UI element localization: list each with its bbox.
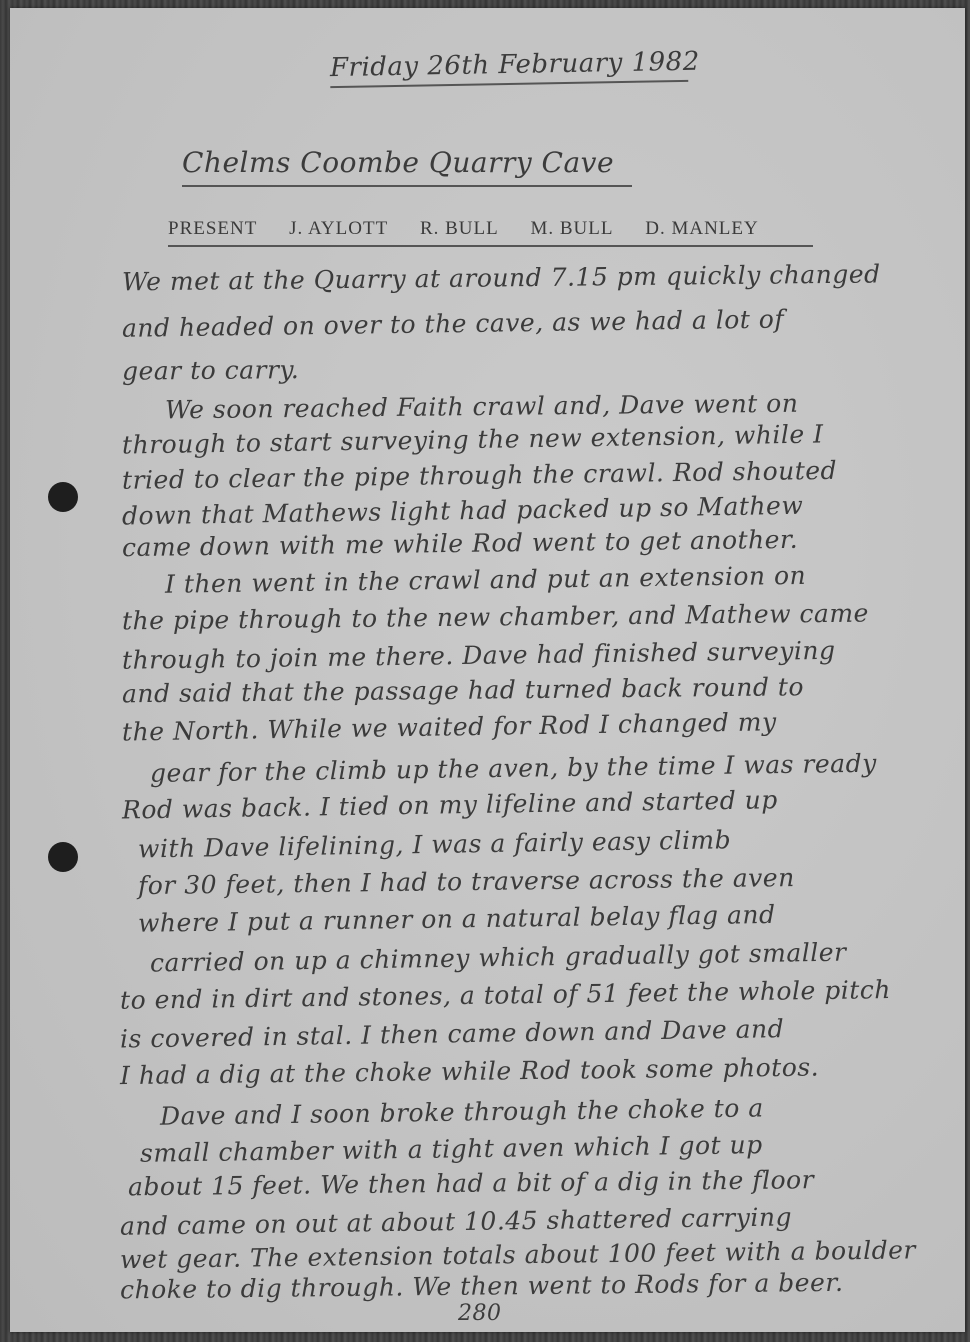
entry-line: gear for the climb up the aven, by the t…	[150, 747, 970, 788]
entry-line: Dave and I soon broke through the choke …	[160, 1090, 970, 1131]
entry-line: carried on up a chimney which gradually …	[150, 935, 970, 977]
entry-line: I then went in the crawl and put an exte…	[165, 558, 970, 599]
entry-line: the North. While we waited for Rod I cha…	[122, 704, 952, 746]
entry-line: through to join me there. Dave had finis…	[122, 634, 952, 675]
entry-line: and said that the passage had turned bac…	[122, 671, 952, 709]
entry-line: I had a dig at the choke while Rod took …	[120, 1051, 950, 1090]
entry-date: Friday 26th February 1982	[330, 47, 689, 88]
entry-line: about 15 feet. We then had a bit of a di…	[128, 1164, 958, 1202]
entry-line: and came on out at about 10.45 shattered…	[120, 1200, 950, 1241]
present-label: Present	[168, 218, 257, 239]
entry-line: for 30 feet, then I had to traverse acro…	[138, 861, 968, 900]
entry-line: gear to carry.	[122, 349, 952, 385]
attendee: D. Manley	[645, 218, 759, 239]
entry-line: small chamber with a tight aven which I …	[140, 1127, 970, 1168]
punch-hole-bottom	[48, 842, 78, 872]
entry-line: Rod was back. I tied on my lifeline and …	[122, 782, 952, 824]
entry-line: where I put a runner on a natural belay …	[138, 897, 968, 938]
entry-line: We met at the Quarry at around 7.15 pm q…	[122, 259, 952, 297]
entry-title: Chelms Coombe Quarry Cave	[182, 146, 632, 187]
entry-line: to end in dirt and stones, a total of 51…	[120, 974, 950, 1015]
entry-line: is covered in stal. I then came down and…	[120, 1011, 950, 1053]
notebook-page: Friday 26th February 1982 Chelms Coombe …	[10, 8, 965, 1332]
attendee: J. Aylott	[289, 218, 388, 239]
entry-line: and headed on over to the cave, as we ha…	[122, 302, 952, 343]
entry-line: came down with me while Rod went to get …	[122, 523, 952, 562]
entry-line: the pipe through to the new chamber, and…	[122, 598, 952, 636]
attendee: M. Bull	[530, 218, 613, 239]
attendees-list: Present J. Aylott R. Bull M. Bull D. Man…	[168, 218, 813, 247]
page-number: 280	[458, 1301, 502, 1326]
entry-line: through to start surveying the new exten…	[122, 417, 952, 459]
entry-line: tried to clear the pipe through the craw…	[122, 454, 952, 495]
punch-hole-top	[48, 482, 78, 512]
entry-line: with Dave lifelining, I was a fairly eas…	[138, 821, 968, 863]
attendee: R. Bull	[420, 218, 499, 239]
